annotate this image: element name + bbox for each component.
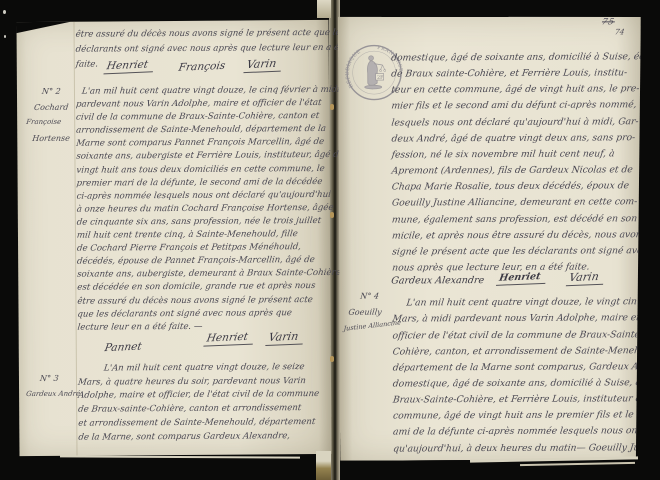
text-line: qu'aujourd'hui, à deux heures du matin— …: [392, 440, 640, 457]
text-line: et arrondissement de Sainte-Menehould, d…: [77, 416, 331, 432]
act-1-signatures: Henriet François Varin: [75, 56, 327, 82]
text-line: Chapa Marie Rosalie, tous deux décédés, …: [391, 178, 639, 195]
signature-henriet: Henriet: [496, 271, 548, 286]
act-3-signatures: Gardeux Alexandre Henriet Varin: [391, 271, 637, 294]
page-corner-shadow: [16, 22, 70, 33]
act-3-text-start: L'An mil huit cent quatre vingt douze, l…: [77, 361, 330, 446]
text-line: Goeuilly Justine Alliancine, demeurant e…: [391, 195, 639, 212]
text-line: micile, et après nous être assuré du déc…: [391, 227, 639, 244]
text-line: N° 3: [39, 371, 81, 387]
text-line: Françoise: [25, 115, 70, 131]
text-line: Mars, à midi pardevant nous Varin Adolph…: [391, 311, 639, 328]
act-2-signatures: Pannet Henriet Varin: [77, 331, 329, 355]
binding-stitch: [330, 356, 334, 362]
text-line: ami de la défunte ci-après nommée lesque…: [392, 424, 640, 441]
text-line: lesquels nous ont déclaré qu'aujourd'hui…: [390, 114, 638, 131]
text-line: soixante ans, aubergiste et Ferrière Lou…: [75, 149, 329, 164]
text-line: Gardeux André: [25, 386, 81, 402]
text-line: fession, né le six novembre mil huit cen…: [391, 146, 639, 163]
text-line: département de la Marne sont comparus, G…: [392, 359, 640, 376]
text-line: mier fils et le second ami du défunt ci-…: [390, 98, 638, 115]
text-line: officier de l'état civil de la commune d…: [392, 327, 640, 344]
act-3-text-continued: domestique, âgé de soixante ans, domicil…: [390, 49, 637, 276]
text-line: N° 2: [41, 84, 70, 100]
text-line: L'an mil huit cent quatre vingt douze, l…: [391, 294, 639, 311]
text-line: deux André, âgé de quatre vingt deux ans…: [391, 130, 639, 147]
binding-tab-bottom: [316, 451, 331, 480]
text-line: domestique, âgé de soixante ans, domicil…: [390, 49, 638, 66]
signature-pannet: Pannet: [104, 340, 143, 354]
signature-henriet: Henriet: [203, 330, 255, 346]
text-line: déclarants ont signé avec nous après que…: [75, 41, 329, 58]
dust-speck: [4, 35, 6, 38]
text-line: vingt huit ans tous deux domiciliés en c…: [76, 162, 330, 177]
seated-figure-icon: [365, 56, 386, 89]
text-line: mune, également sans profession, est déc…: [391, 211, 639, 228]
text-line: teur en cette commune, âgé de vingt huit…: [390, 82, 638, 99]
text-line: que les déclarants ont signé avec nous a…: [77, 307, 331, 322]
margin-note-act-3: N° 3Gardeux André: [25, 371, 79, 403]
text-line: Cohière, canton, et arrondissement de Sa…: [392, 343, 640, 360]
page-left: N° 2CochardFrançoiseHortense N° 3Gardeux…: [16, 20, 331, 456]
signature-gardeux-alexandre: Gardeux Alexandre: [390, 275, 484, 286]
signature-varin: Varin: [566, 270, 606, 287]
signature-varin: Varin: [243, 57, 283, 74]
text-line: est décédée en son domicile, grande rue …: [76, 280, 330, 295]
signature-francois: François: [178, 60, 227, 74]
binding-stitch: [330, 212, 334, 218]
left-text-column: être assuré du décès nous avons signé le…: [75, 26, 330, 445]
stamp-value: 2F: [377, 75, 383, 81]
text-line: être assuré du décès nous avons signé le…: [75, 26, 329, 43]
page-right: 75 74 RÉPUBLIQUE FRANÇAISE: [338, 15, 643, 461]
text-line: de Braux sainte-Cohière, et Ferrière Lou…: [390, 65, 638, 82]
text-line: de la Marne, sont comparus Gardeux Alexa…: [77, 430, 331, 446]
binding-tab-top: [317, 0, 331, 18]
signature-henriet: Henriet: [103, 58, 155, 74]
text-line: domestique, âgé de soixante ans, domicil…: [392, 375, 640, 392]
signature-varin: Varin: [265, 329, 305, 346]
margin-note-act-2: N° 2CochardFrançoiseHortense: [25, 84, 69, 147]
text-line: Apremont (Ardennes), fils de Gardeux Nic…: [391, 162, 639, 179]
underlying-page-edge: [60, 455, 300, 458]
text-line: être assuré du décès nous avons signé le…: [76, 293, 330, 308]
text-line: commune, âgé de vingt huit ans le premie…: [392, 408, 640, 425]
text-line: Cochard: [33, 99, 70, 115]
act-4-text: L'an mil huit cent quatre vingt douze, l…: [391, 294, 638, 457]
scanned-register-spread: N° 2CochardFrançoiseHortense N° 3Gardeux…: [0, 0, 660, 480]
underlying-page-edge: [520, 462, 635, 466]
act-2-text: L'an mil huit cent quatre vingt douze, l…: [75, 84, 329, 335]
binding-stitch: [330, 104, 334, 110]
text-line: L'An mil huit cent quatre vingt douze, l…: [77, 361, 331, 377]
right-text-column: domestique, âgé de soixante ans, domicil…: [390, 15, 638, 457]
text-line: Hortense: [31, 130, 70, 146]
text-line: Braux-Sainte-Cohière, et Ferrière Louis,…: [392, 391, 640, 408]
dust-speck: [3, 10, 6, 14]
text-line: signé le présent acte que les déclarants…: [391, 243, 639, 260]
